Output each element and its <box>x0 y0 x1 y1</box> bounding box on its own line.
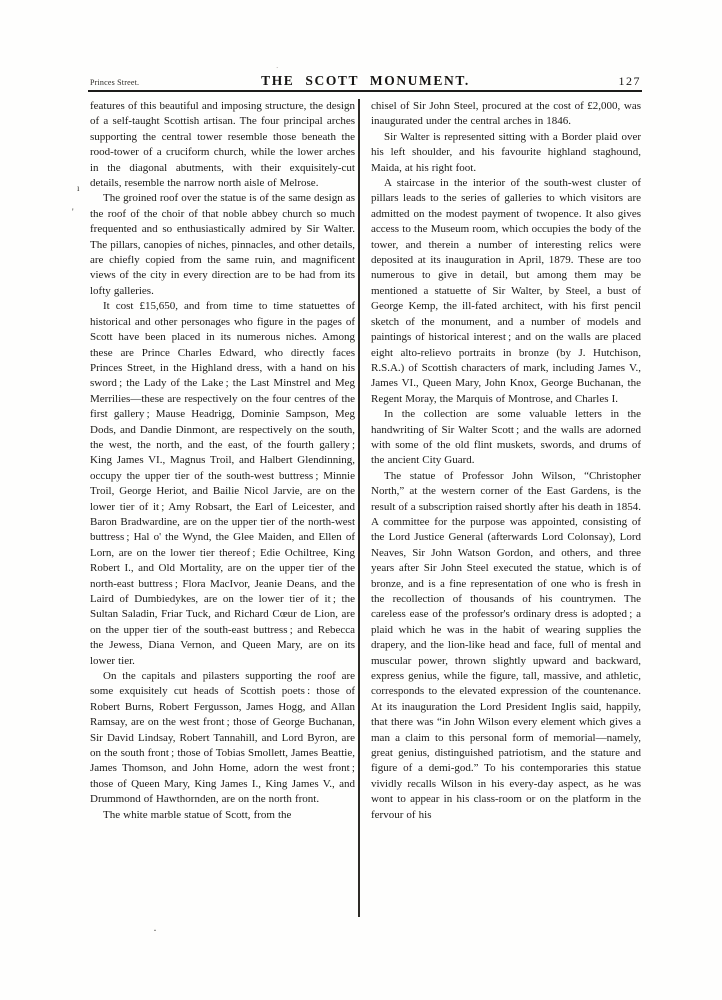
scan-artifact: ı <box>77 184 80 193</box>
text-columns: features of this beautiful and imposing … <box>90 99 641 919</box>
scan-artifact: . <box>154 924 156 933</box>
paragraph: On the capitals and pilasters supporting… <box>90 669 355 808</box>
paragraph: The groined roof over the statue is of t… <box>90 191 355 299</box>
paragraph: chisel of Sir John Steel, procured at th… <box>371 99 641 130</box>
header-rule <box>88 90 642 92</box>
scan-artifact: ' <box>72 208 74 217</box>
page-title: THE SCOTT MONUMENT. <box>240 73 491 89</box>
paragraph: In the collection are some valuable lett… <box>371 407 641 469</box>
paragraph: features of this beautiful and imposing … <box>90 99 355 191</box>
paragraph: The white marble statue of Scott, from t… <box>90 808 355 823</box>
page-number: 127 <box>491 74 641 89</box>
scan-artifact: · <box>276 64 278 73</box>
running-header-left: Princes Street. <box>90 78 240 87</box>
right-column: chisel of Sir John Steel, procured at th… <box>371 99 641 919</box>
paragraph: A staircase in the interior of the south… <box>371 176 641 407</box>
scanned-book-page: Princes Street. THE SCOTT MONUMENT. 127 … <box>0 0 722 1000</box>
left-column: features of this beautiful and imposing … <box>90 99 355 919</box>
running-header: Princes Street. THE SCOTT MONUMENT. 127 <box>90 73 641 89</box>
column-rule <box>358 99 360 917</box>
paragraph: It cost £15,650, and from time to time s… <box>90 299 355 669</box>
paragraph: The statue of Professor John Wilson, “Ch… <box>371 469 641 823</box>
paragraph: Sir Walter is represented sitting with a… <box>371 130 641 176</box>
